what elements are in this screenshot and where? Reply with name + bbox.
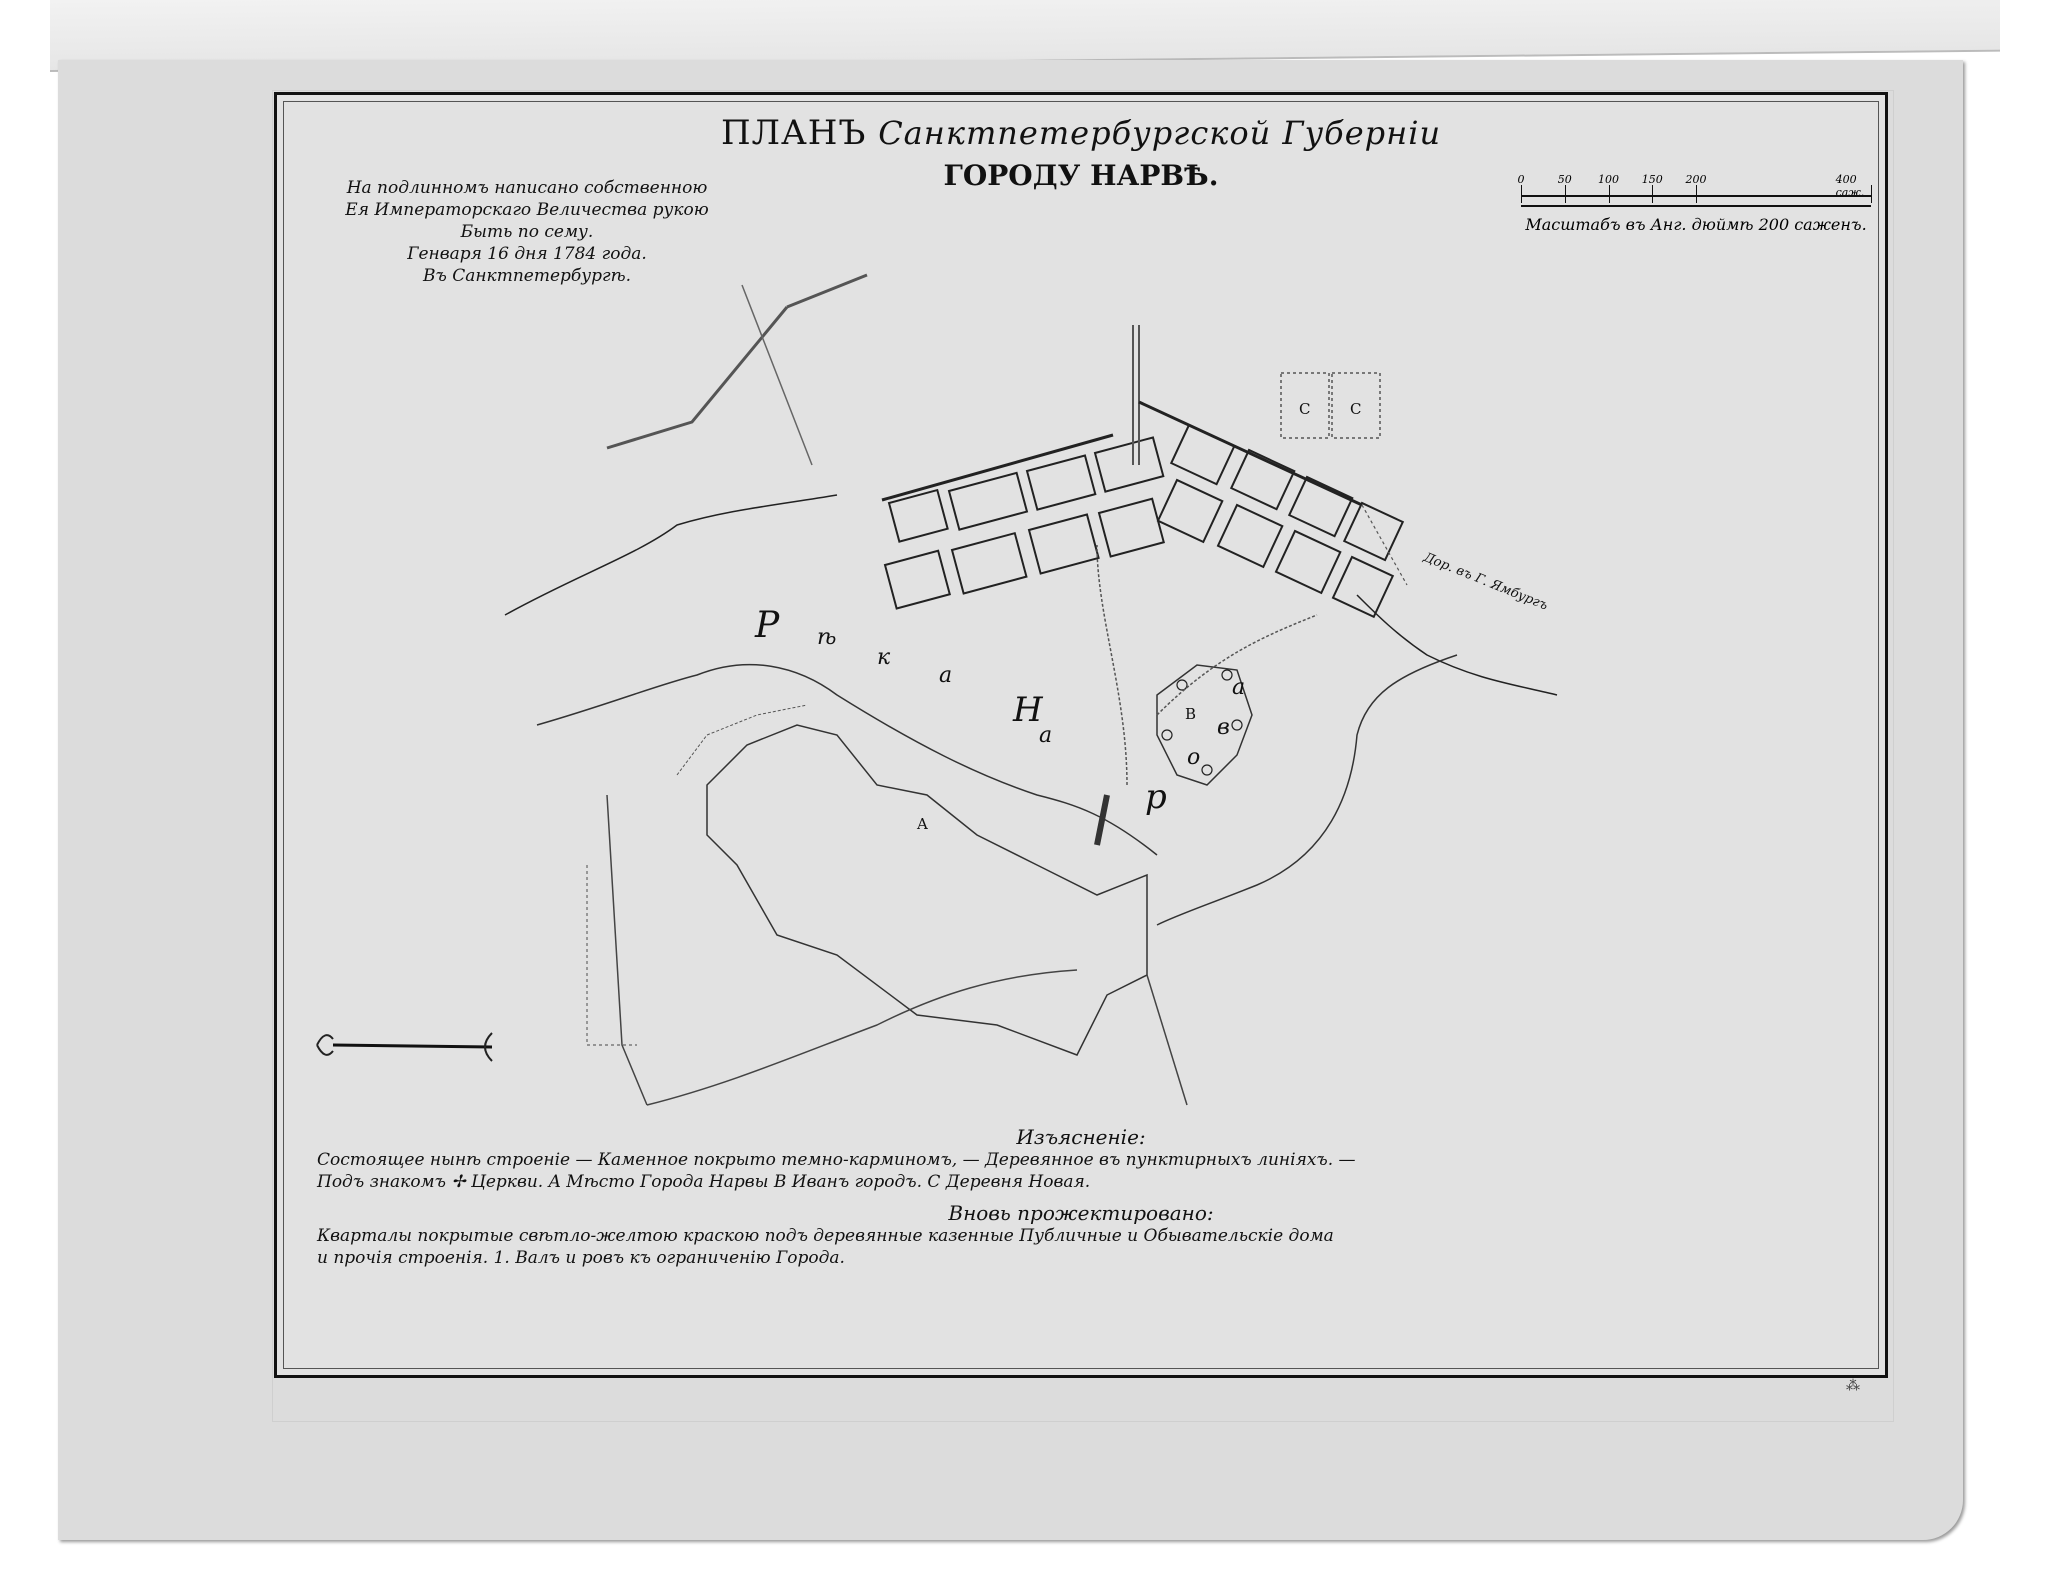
east-quarters: [1139, 402, 1403, 617]
river-letter: а: [939, 663, 952, 688]
legend-line: Состоящее нынѣ строеніе — Каменное покры…: [317, 1149, 1845, 1171]
legend-heading: Изъясненіе:: [317, 1125, 1845, 1149]
label-a-narva: A: [917, 815, 928, 833]
label-c-village: С: [1350, 400, 1361, 418]
label-b-ivangorod: В: [1185, 705, 1196, 723]
river-letter: к: [877, 645, 890, 670]
river-letter: а: [1232, 675, 1245, 700]
west-quarters: [882, 435, 1164, 608]
legend-line: Подъ знакомъ ✢ Церкви. A Мѣсто Города На…: [317, 1171, 1845, 1193]
river-letter: а: [1039, 723, 1052, 748]
river-letter: о: [1187, 745, 1200, 770]
map-frame: ПЛАНЪ Санктпетербургской Губерніи ГОРОДУ…: [274, 92, 1888, 1378]
legend-line: и прочія строенія. 1. Валъ и ровъ къ огр…: [317, 1247, 1845, 1269]
river-letter: р: [1145, 777, 1167, 817]
river-letter: ѣ: [817, 625, 836, 650]
narva-fortress: [707, 725, 1147, 1055]
compass-needle-icon: [307, 1025, 507, 1065]
river-letter: в: [1217, 715, 1230, 740]
legend-line: Кварталы покрытые свѣтло-желтою краскою …: [317, 1225, 1845, 1247]
label-c-village: С: [1299, 400, 1310, 418]
river-letter: Р: [755, 605, 779, 646]
river-north-bank: [505, 495, 837, 615]
map-legend: Изъясненіе: Состоящее нынѣ строеніе — Ка…: [317, 1125, 1845, 1269]
road-northwest: [607, 307, 787, 448]
archive-mark: ⁂: [1846, 1378, 1860, 1394]
legend-projected-heading: Вновь прожектировано:: [317, 1201, 1845, 1225]
river-south-bank: [537, 665, 1157, 855]
